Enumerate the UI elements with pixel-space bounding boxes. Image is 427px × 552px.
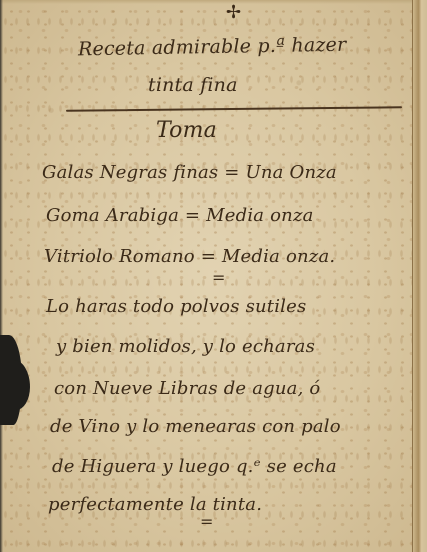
section-heading: Toma: [156, 118, 217, 143]
instruction-line: de Higuera y luego q.ᵉ se echa: [52, 456, 337, 477]
ingredient-line: Goma Arabiga = Media onza: [46, 205, 314, 226]
separator-mark: =: [200, 512, 214, 531]
title-underline: [66, 106, 402, 112]
instruction-line: con Nueve Libras de agua, ó: [54, 378, 320, 399]
instruction-line: Lo haras todo polvos sutiles: [46, 296, 306, 317]
paper-left-edge: [0, 0, 3, 552]
instruction-line: y bien molidos, y lo echaras: [56, 336, 315, 357]
cross-mark-icon: ✢: [226, 2, 241, 23]
torn-edge-notch: [0, 360, 30, 410]
title-line-2: tinta fina: [148, 74, 238, 96]
ingredient-line: Vitriolo Romano = Media onza.: [44, 246, 335, 267]
paper-top-edge: [0, 0, 427, 4]
paper-right-edge: [412, 0, 427, 552]
manuscript-page: ✢ Receta admirable p.ª hazer tinta fina …: [0, 0, 427, 552]
separator-mark: =: [212, 268, 226, 287]
title-line-1: Receta admirable p.ª hazer: [78, 34, 347, 61]
instruction-line: perfectamente la tinta.: [48, 494, 262, 515]
ingredient-line: Galas Negras finas = Una Onza: [42, 162, 337, 183]
instruction-line: de Vino y lo menearas con palo: [50, 416, 341, 437]
